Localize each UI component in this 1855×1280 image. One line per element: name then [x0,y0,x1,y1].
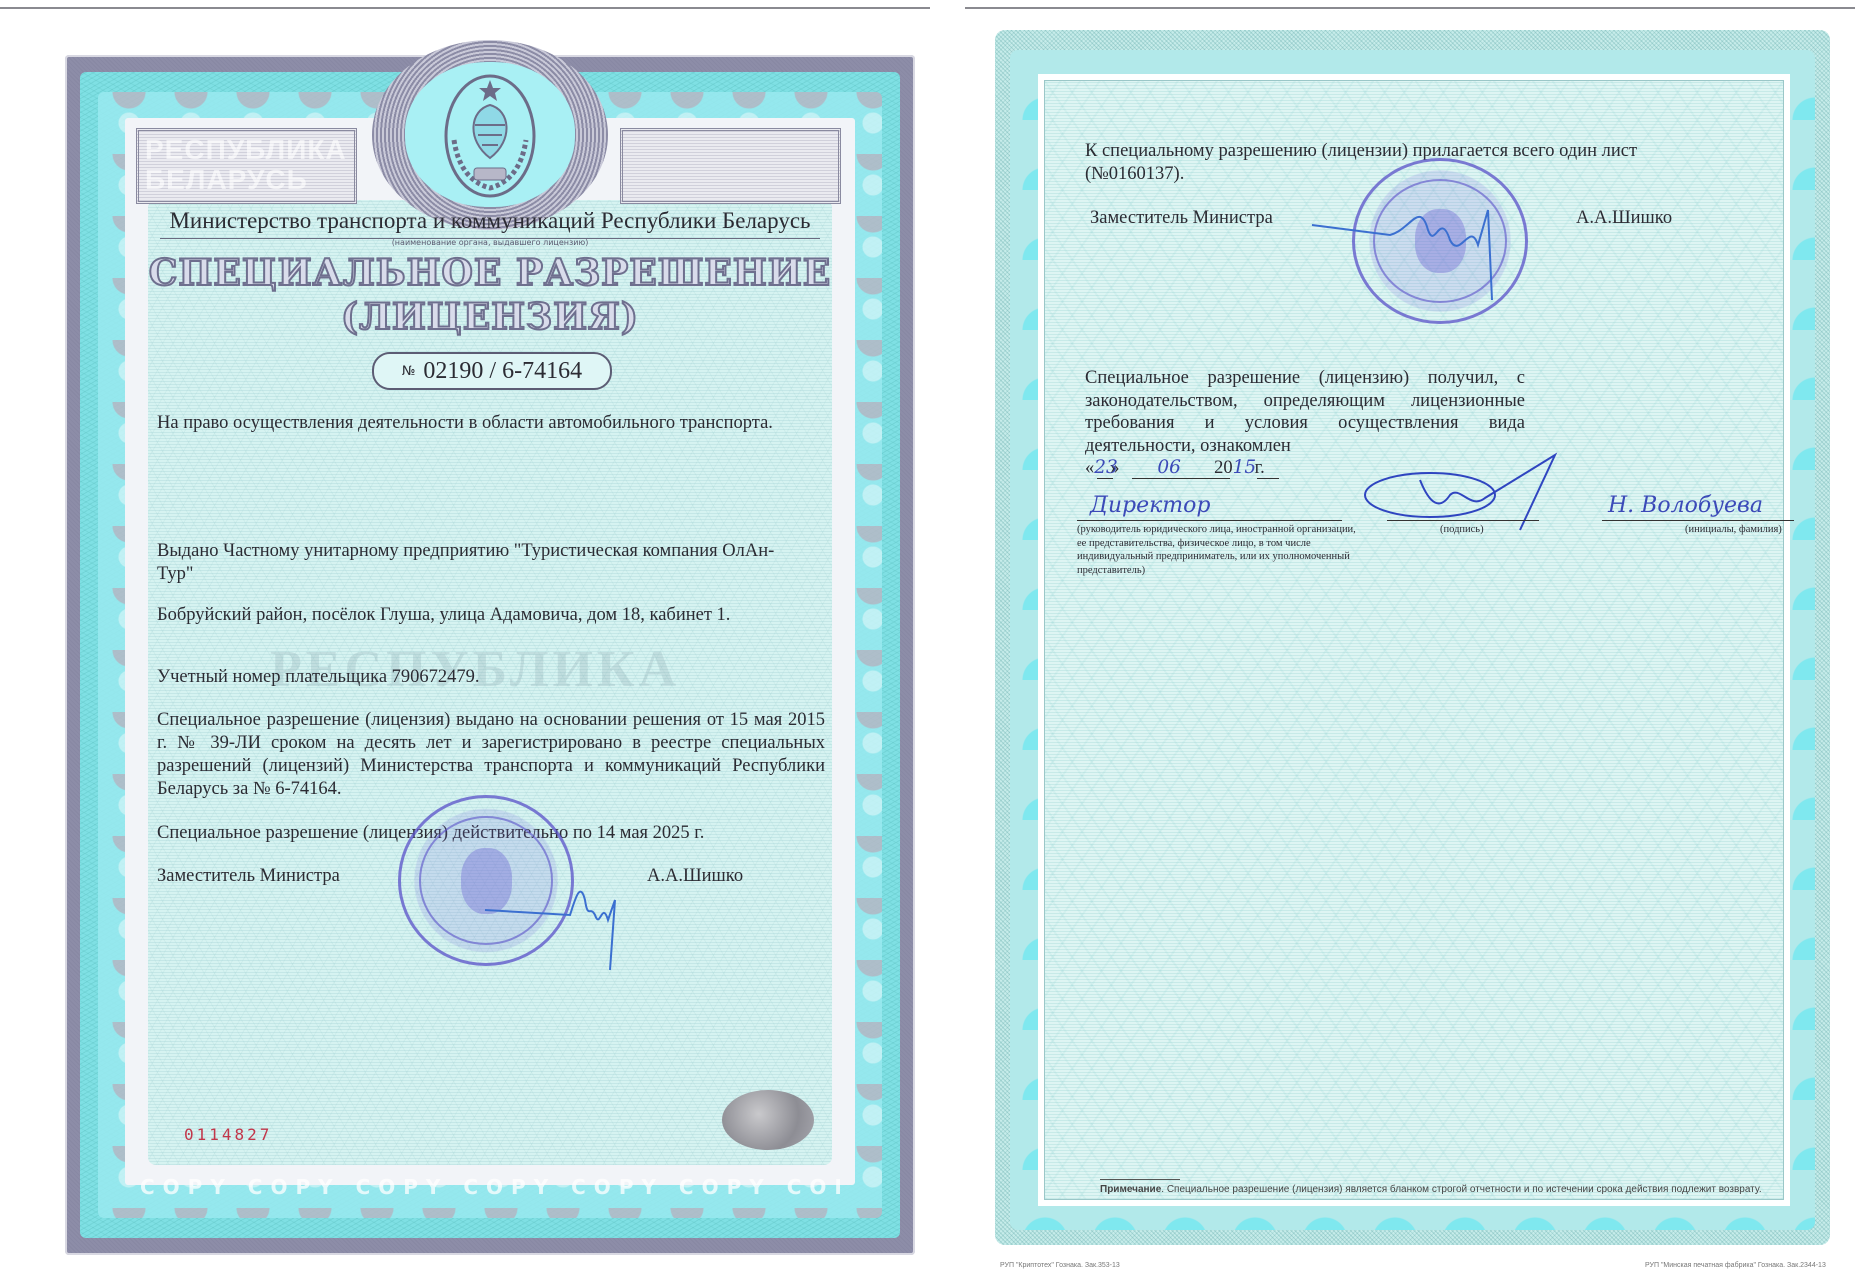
date-open-quote: « [1085,458,1094,478]
receipt-date: «23» 062015г. [1085,457,1345,480]
security-box-right [620,128,841,204]
activity-text: На право осуществления деятельности в об… [157,412,827,435]
signature-icon [1310,190,1540,310]
date-year-end: г. [1255,458,1265,478]
signatory-title: Заместитель Министра [1090,207,1273,230]
license-number-box: № 02190 / 6-74164 [372,352,612,390]
signature-icon [480,860,630,980]
hologram-icon [722,1090,814,1150]
basis-text: Специальное разрешение (лицензия) выдано… [157,709,825,801]
signature-underline [1387,520,1539,521]
signatory-title: Заместитель Министра [157,865,340,888]
imprint-right: РУП "Минская печатная фабрика" Гознака. … [1645,1262,1826,1269]
serial-number: 0114827 [184,1125,272,1144]
name-underline [1602,520,1794,521]
security-box-left: РЕСПУБЛИКА БЕЛАРУСЬ [136,128,357,204]
month-underline [1132,478,1230,479]
note-text: . Специальное разрешение (лицензия) явля… [1161,1184,1761,1195]
coat-of-arms-icon [440,70,540,200]
day-underline [1097,478,1113,479]
name-caption: (инициалы, фамилия) [1685,523,1782,537]
imprint-left: РУП "Криптотех" Гознака. Зак.353-13 [1000,1262,1120,1269]
signatory-name: А.А.Шишко [1576,207,1672,230]
signature-caption: (подпись) [1440,523,1484,537]
position-underline [1077,520,1342,521]
date-year-suffix: 15 [1233,457,1255,480]
issued-to-text: Выдано Частному унитарному предприятию "… [157,540,797,586]
license-number: 02190 / 6-74164 [423,358,582,385]
copy-security-strip: COPY COPY COPY COPY COPY COPY COPY COPY [140,1175,840,1195]
year-underline [1257,478,1279,479]
footnote: Примечание. Специальное разрешение (лице… [1070,1183,1770,1196]
note-label: Примечание [1070,1184,1161,1195]
document-subtitle: (ЛИЦЕНЗИЯ) [148,296,832,338]
document-title: СПЕЦИАЛЬНОЕ РАЗРЕШЕНИЕ [148,252,832,294]
issuing-body: Министерство транспорта и коммуникаций Р… [148,208,832,234]
date-close-quote: » [1110,458,1119,478]
received-statement: Специальное разрешение (лицензию) получи… [1085,367,1525,457]
address-text: Бобруйский район, посёлок Глуша, улица А… [157,604,827,627]
signatory-name: А.А.Шишко [647,865,743,888]
date-month: 06 [1124,457,1214,480]
note-divider [1100,1179,1180,1180]
scan-edge-right [965,7,1855,9]
security-box-text: РЕСПУБЛИКА БЕЛАРУСЬ [145,135,354,195]
issuing-body-caption: (наименование органа, выдавшего лицензию… [148,238,832,247]
name-handwritten: Н. Волобуева [1608,493,1763,518]
date-year-prefix: 20 [1214,458,1233,478]
date-day: 23 [1094,457,1110,480]
number-sign: № [402,364,416,379]
position-caption: (руководитель юридического лица, иностра… [1077,523,1367,577]
scan-edge-left [0,7,930,9]
position-handwritten: Директор [1090,493,1210,518]
taxpayer-number: Учетный номер плательщика 790672479. [157,666,827,689]
